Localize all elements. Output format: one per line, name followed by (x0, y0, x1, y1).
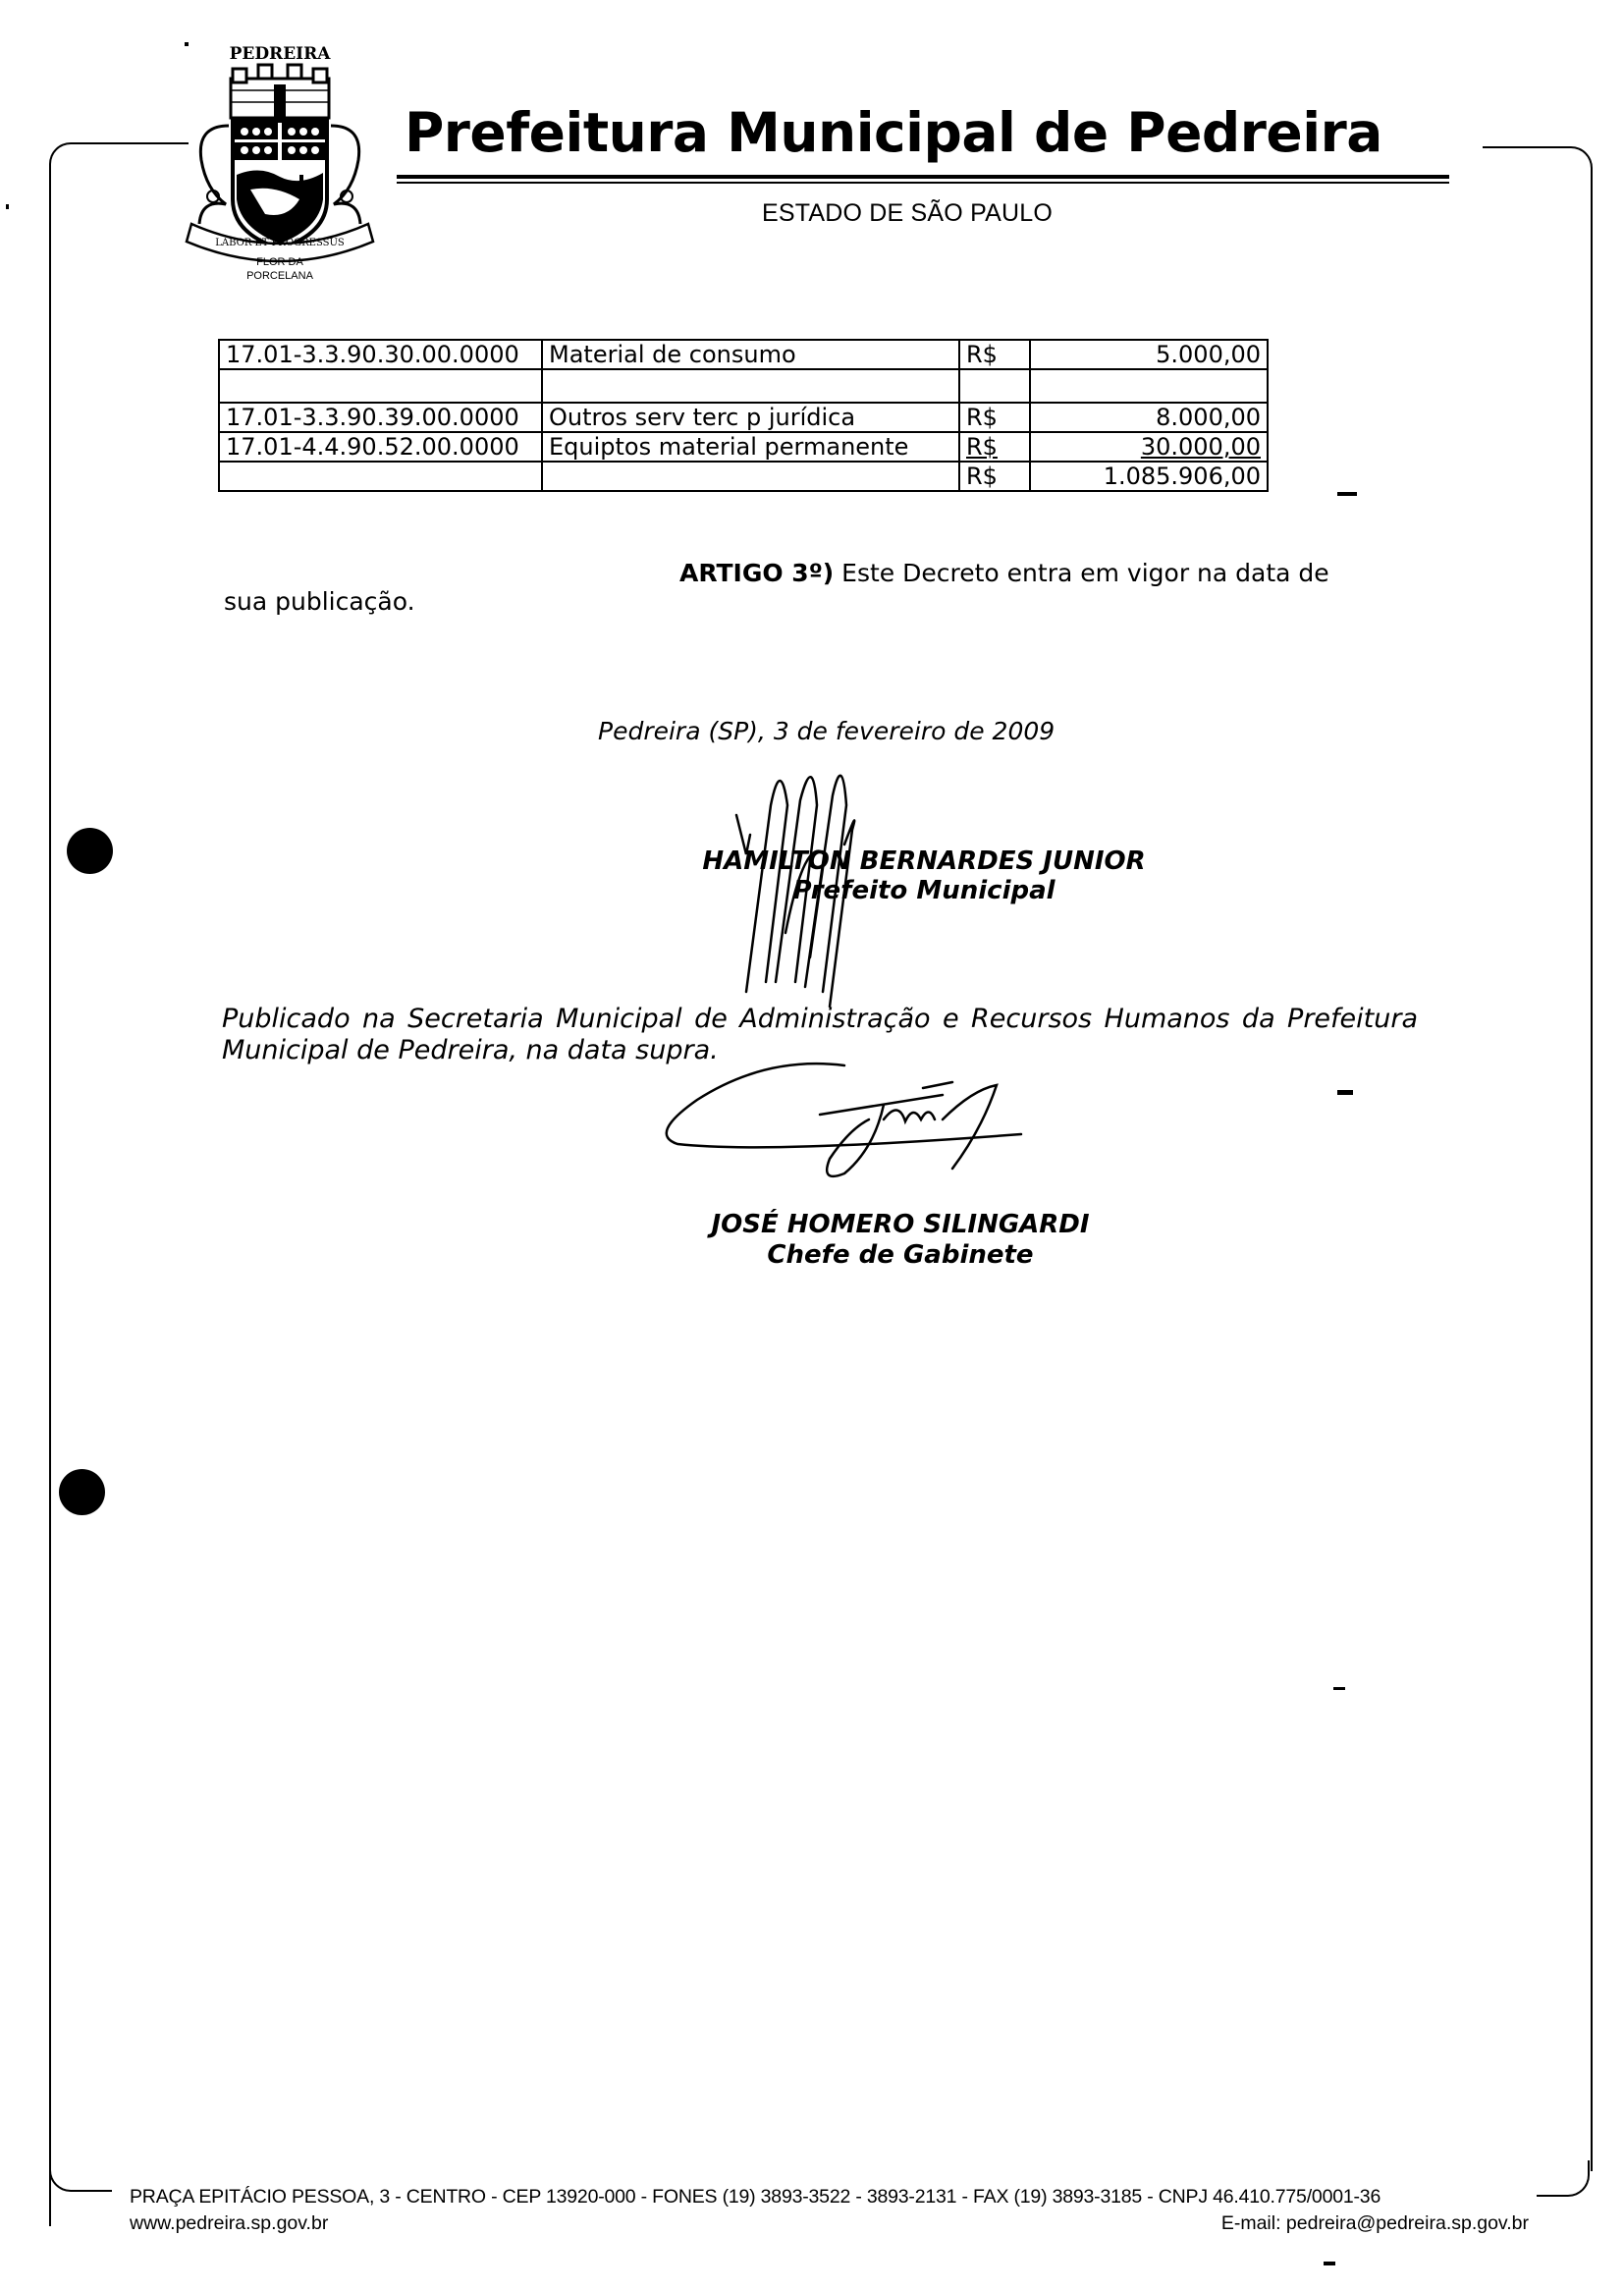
binder-punch-hole (59, 1469, 105, 1515)
svg-text:PEDREIRA: PEDREIRA (230, 44, 332, 64)
currency-cell: R$ (959, 340, 1030, 369)
page-frame-right (1483, 146, 1593, 2171)
page-frame-bottom-right (1537, 2160, 1590, 2197)
article-3-continuation: sua publicação. (224, 587, 415, 616)
mayor-name: HAMILTON BERNARDES JUNIOR (0, 846, 1624, 876)
description-cell (542, 369, 959, 403)
account-code-cell (219, 369, 542, 403)
currency-cell: R$ (959, 432, 1030, 462)
page-frame-bottom-left (49, 2151, 112, 2192)
page-frame-left (49, 142, 189, 2226)
article-3-paragraph: ARTIGO 3º) Este Decreto entra em vigor n… (679, 559, 1329, 587)
amount-cell: 1.085.906,00 (1030, 462, 1268, 491)
description-cell (542, 462, 959, 491)
publication-note: Publicado na Secretaria Municipal de Adm… (222, 1004, 1418, 1066)
coat-of-arms-icon: PEDREIRA (172, 27, 388, 283)
description-cell: Outros serv terc p jurídica (542, 403, 959, 432)
scan-artifact (1324, 2262, 1335, 2265)
amount-cell: 8.000,00 (1030, 403, 1268, 432)
currency-cell: R$ (959, 403, 1030, 432)
budget-allocation-table: 17.01-3.3.90.30.00.0000Material de consu… (218, 339, 1269, 492)
scan-artifact (1337, 1090, 1353, 1095)
chief-of-staff-signature-icon (648, 1061, 1041, 1198)
account-code-cell (219, 462, 542, 491)
scan-artifact (1337, 492, 1357, 496)
footer-website-link[interactable]: www.pedreira.sp.gov.br (130, 2212, 328, 2235)
mayor-title: Prefeito Municipal (0, 876, 1624, 905)
scan-artifact (185, 42, 189, 46)
letterhead-subtitle: ESTADO DE SÃO PAULO (762, 199, 1053, 228)
account-code-cell: 17.01-3.3.90.39.00.0000 (219, 403, 542, 432)
binder-punch-hole (67, 828, 113, 874)
place-date: Pedreira (SP), 3 de fevereiro de 2009 (598, 717, 1055, 745)
currency-cell: R$ (959, 462, 1030, 491)
footer-address: PRAÇA EPITÁCIO PESSOA, 3 - CENTRO - CEP … (130, 2186, 1380, 2209)
svg-text:FLOR DA: FLOR DA (256, 256, 303, 268)
municipal-crest-logo: PEDREIRA (172, 27, 388, 283)
amount-cell (1030, 369, 1268, 403)
letterhead-title: Prefeitura Municipal de Pedreira (405, 106, 1450, 160)
scan-artifact (1333, 1687, 1345, 1690)
scan-artifact (6, 204, 9, 209)
table-row (219, 369, 1268, 403)
table-row: 17.01-4.4.90.52.00.0000Equiptos material… (219, 432, 1268, 462)
letterhead-rule (397, 175, 1449, 179)
amount-cell: 5.000,00 (1030, 340, 1268, 369)
chief-of-staff-name: JOSÉ HOMERO SILINGARDI (0, 1210, 1624, 1239)
svg-text:LABOR ET PROGRESSUS: LABOR ET PROGRESSUS (215, 238, 345, 248)
account-code-cell: 17.01-3.3.90.30.00.0000 (219, 340, 542, 369)
currency-cell (959, 369, 1030, 403)
table-row: 17.01-3.3.90.30.00.0000Material de consu… (219, 340, 1268, 369)
article-label: ARTIGO 3º) (679, 559, 834, 587)
account-code-cell: 17.01-4.4.90.52.00.0000 (219, 432, 542, 462)
description-cell: Material de consumo (542, 340, 959, 369)
article-text: Este Decreto entra em vigor na data de (834, 559, 1328, 587)
footer-email-link[interactable]: E-mail: pedreira@pedreira.sp.gov.br (1221, 2212, 1529, 2235)
svg-text:PORCELANA: PORCELANA (246, 270, 314, 282)
chief-of-staff-title: Chefe de Gabinete (0, 1240, 1624, 1270)
letterhead-rule-thin (397, 182, 1449, 184)
table-row: R$1.085.906,00 (219, 462, 1268, 491)
description-cell: Equiptos material permanente (542, 432, 959, 462)
amount-cell: 30.000,00 (1030, 432, 1268, 462)
table-row: 17.01-3.3.90.39.00.0000Outros serv terc … (219, 403, 1268, 432)
